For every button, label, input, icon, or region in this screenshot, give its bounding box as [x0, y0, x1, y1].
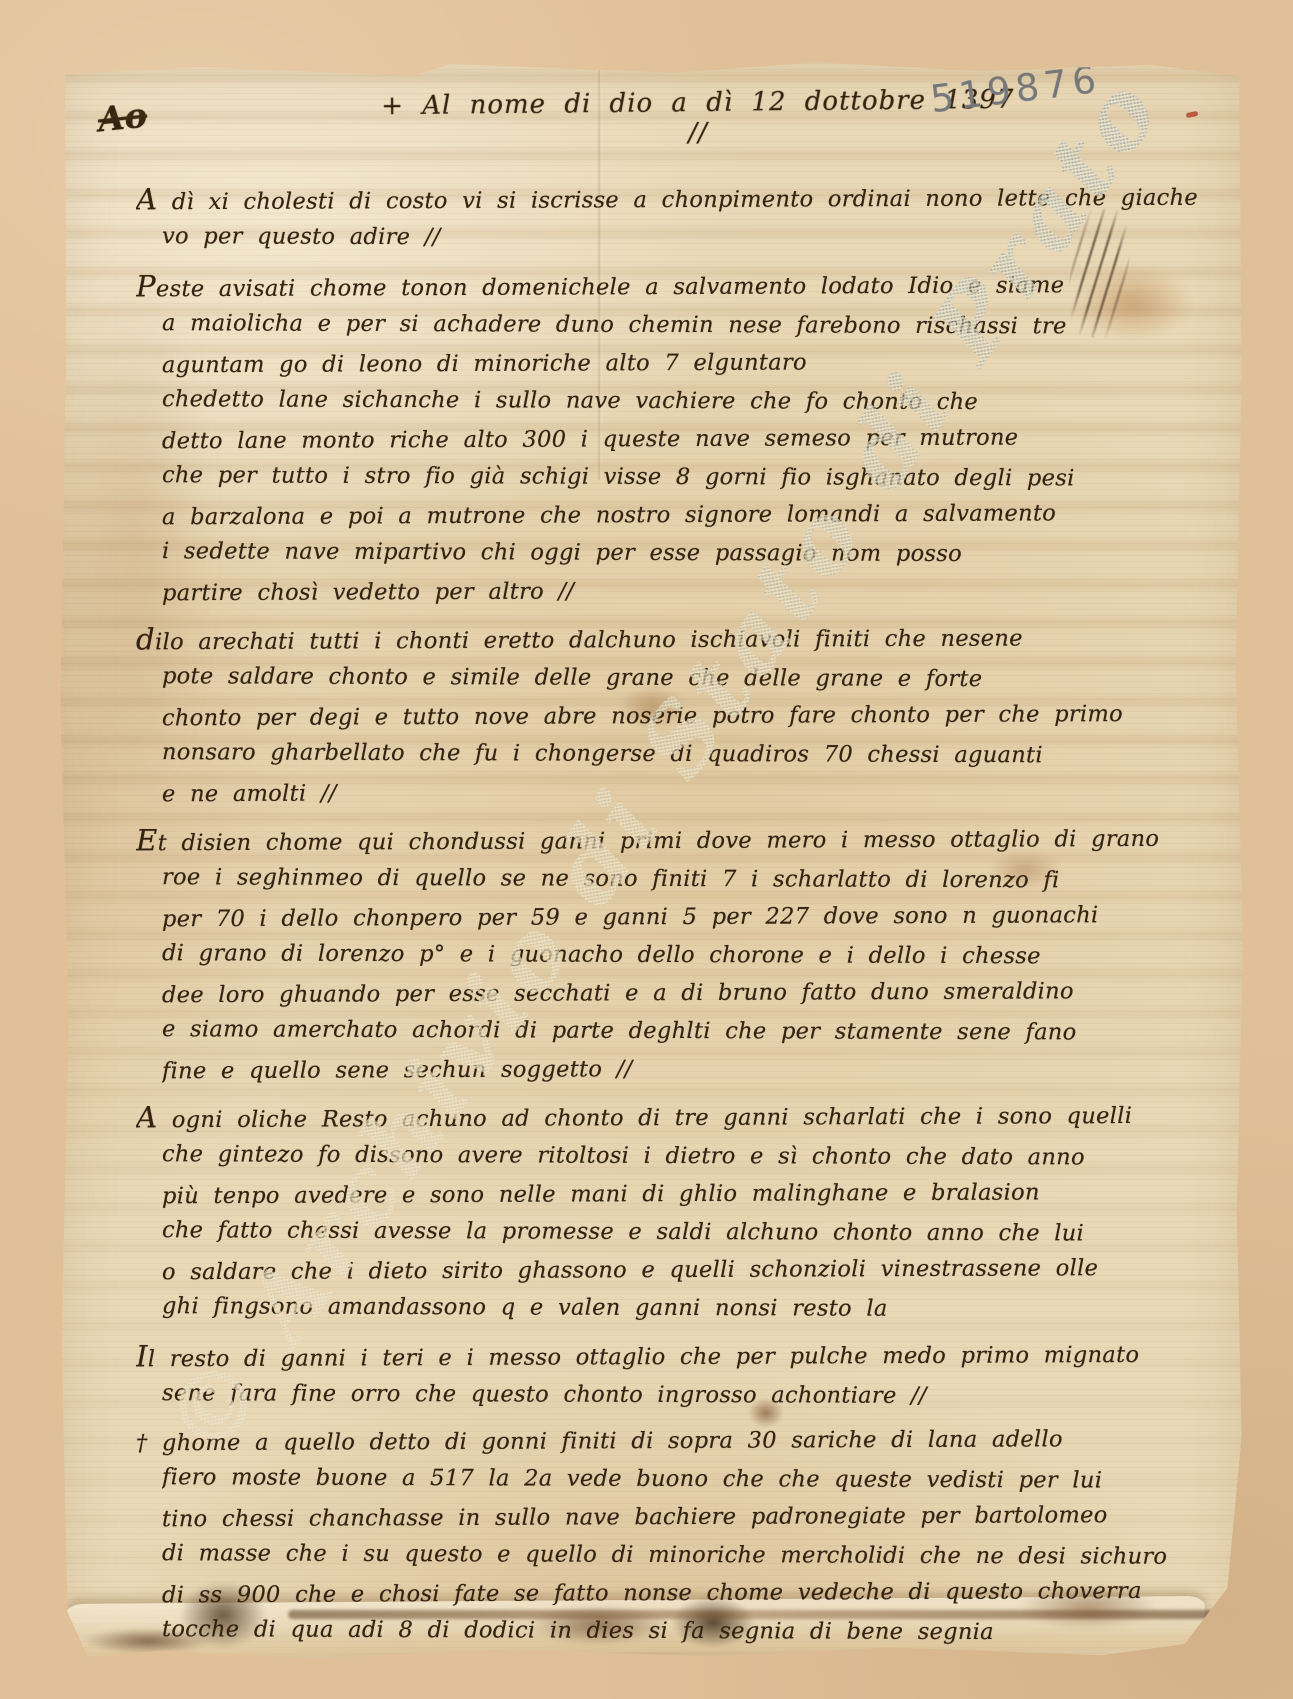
manuscript-line: partire chosì vedetto per altro // — [162, 570, 1202, 613]
manuscript-line: i sedette nave mipartivo chi oggi per es… — [162, 532, 1202, 574]
manuscript-line: Il resto di ganni i teri e i messo ottag… — [136, 1333, 1202, 1379]
red-speck — [1186, 111, 1199, 118]
manuscript-line: nonsaro gharbellato che fu i chongerse d… — [162, 733, 1202, 775]
manuscript-line: chonto per degi e tutto nove abre noseri… — [162, 695, 1202, 738]
manuscript-line: a barzalona e poi a mutrone che nostro s… — [162, 494, 1202, 537]
manuscript-paragraph: A ogni oliche Resto achuno ad chonto di … — [136, 1096, 1202, 1327]
manuscript-line: tocche di qua adi 8 di dodici in dies si… — [162, 1610, 1202, 1652]
manuscript-line: fine e quello sene sechun soggetto // — [162, 1048, 1202, 1091]
manuscript-line: detto lane monto riche alto 300 i queste… — [162, 418, 1202, 461]
manuscript-line: vo per questo adire // — [162, 217, 1202, 259]
manuscript-line: sene fara fine orro che questo chonto in… — [162, 1374, 1202, 1416]
manuscript-line: fiero moste buone a 517 la 2a vede buono… — [162, 1458, 1202, 1500]
manuscript-line: Et disien chome qui chondussi ganni prim… — [136, 817, 1202, 863]
manuscript-line: roe i seghinmeo di quello se ne sono fin… — [162, 858, 1202, 900]
manuscript-line: e ne amolti // — [162, 771, 1202, 814]
manuscript-line: pote saldare chonto e simile delle grane… — [162, 657, 1202, 699]
manuscript-paper: © Archivio di Stato di Prato + Al nome d… — [58, 60, 1244, 1660]
manuscript-line: dilo arechati tutti i chonti eretto dalc… — [136, 616, 1202, 662]
corner-mark: Ao — [96, 96, 149, 141]
manuscript-line: A ogni oliche Resto achuno ad chonto di … — [136, 1094, 1202, 1140]
manuscript-line: e siamo amerchato achordi di parte deghl… — [162, 1010, 1202, 1052]
manuscript-line: o saldare che i dieto sirito ghassono e … — [162, 1249, 1202, 1292]
manuscript-paragraph: Il resto di ganni i teri e i messo ottag… — [136, 1335, 1202, 1414]
manuscript-paragraph: Et disien chome qui chondussi ganni prim… — [136, 819, 1202, 1088]
manuscript-line: per 70 i dello chonpero per 59 e ganni 5… — [162, 896, 1202, 939]
manuscript-line: di masse che i su questo e quello di min… — [162, 1534, 1202, 1576]
manuscript-line: che per tutto i stro fio già schigi viss… — [162, 456, 1202, 498]
manuscript-body: A dì xi cholesti di costo vi si iscrisse… — [136, 178, 1202, 1658]
manuscript-line: Peste avisati chome tonon domenichele a … — [136, 263, 1202, 309]
invocation-header: + Al nome di dio a dì 12 dottobre 1397 /… — [378, 85, 1019, 152]
scanned-letter-background: © Archivio di Stato di Prato + Al nome d… — [0, 0, 1293, 1699]
manuscript-paragraph: † ghome a quello detto di gonni finiti d… — [136, 1422, 1202, 1650]
manuscript-paragraph: dilo arechati tutti i chonti eretto dalc… — [136, 618, 1202, 811]
manuscript-line: aguntam go di leono di minoriche alto 7 … — [162, 342, 1202, 385]
manuscript-line: tino chessi chanchasse in sullo nave bac… — [162, 1496, 1202, 1539]
manuscript-line: chedetto lane sichanche i sullo nave vac… — [162, 380, 1202, 422]
manuscript-line: di ss 900 che e chosi fate se fatto nons… — [162, 1572, 1202, 1615]
manuscript-line: A dì xi cholesti di costo vi si iscrisse… — [136, 176, 1202, 222]
manuscript-paragraph: A dì xi cholesti di costo vi si iscrisse… — [136, 178, 1202, 257]
manuscript-line: che fatto chessi avesse la promesse e sa… — [162, 1211, 1202, 1253]
manuscript-line: che gintezo fo dissono avere ritoltosi i… — [162, 1135, 1202, 1177]
manuscript-line: dee loro ghuando per esse secchati e a d… — [162, 972, 1202, 1015]
manuscript-line: ghi fingsono amandassono q e valen ganni… — [162, 1287, 1202, 1329]
manuscript-line: di grano di lorenzo p° e i guonacho dell… — [162, 934, 1202, 976]
manuscript-line: a maiolicha e per si achadere duno chemi… — [162, 304, 1202, 346]
manuscript-paragraph: Peste avisati chome tonon domenichele a … — [136, 265, 1202, 610]
manuscript-line: più tenpo avedere e sono nelle mani di g… — [162, 1173, 1202, 1216]
manuscript-line: † ghome a quello detto di gonni finiti d… — [136, 1420, 1202, 1463]
